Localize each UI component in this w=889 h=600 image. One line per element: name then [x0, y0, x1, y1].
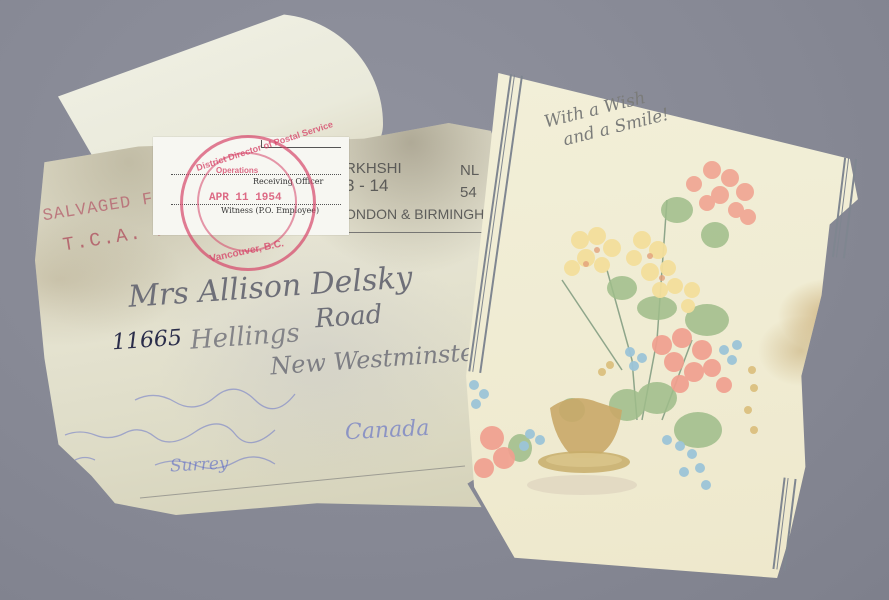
flower-bouquet-illustration: [462, 140, 792, 540]
faint-handwriting-strokes: [35, 120, 505, 520]
